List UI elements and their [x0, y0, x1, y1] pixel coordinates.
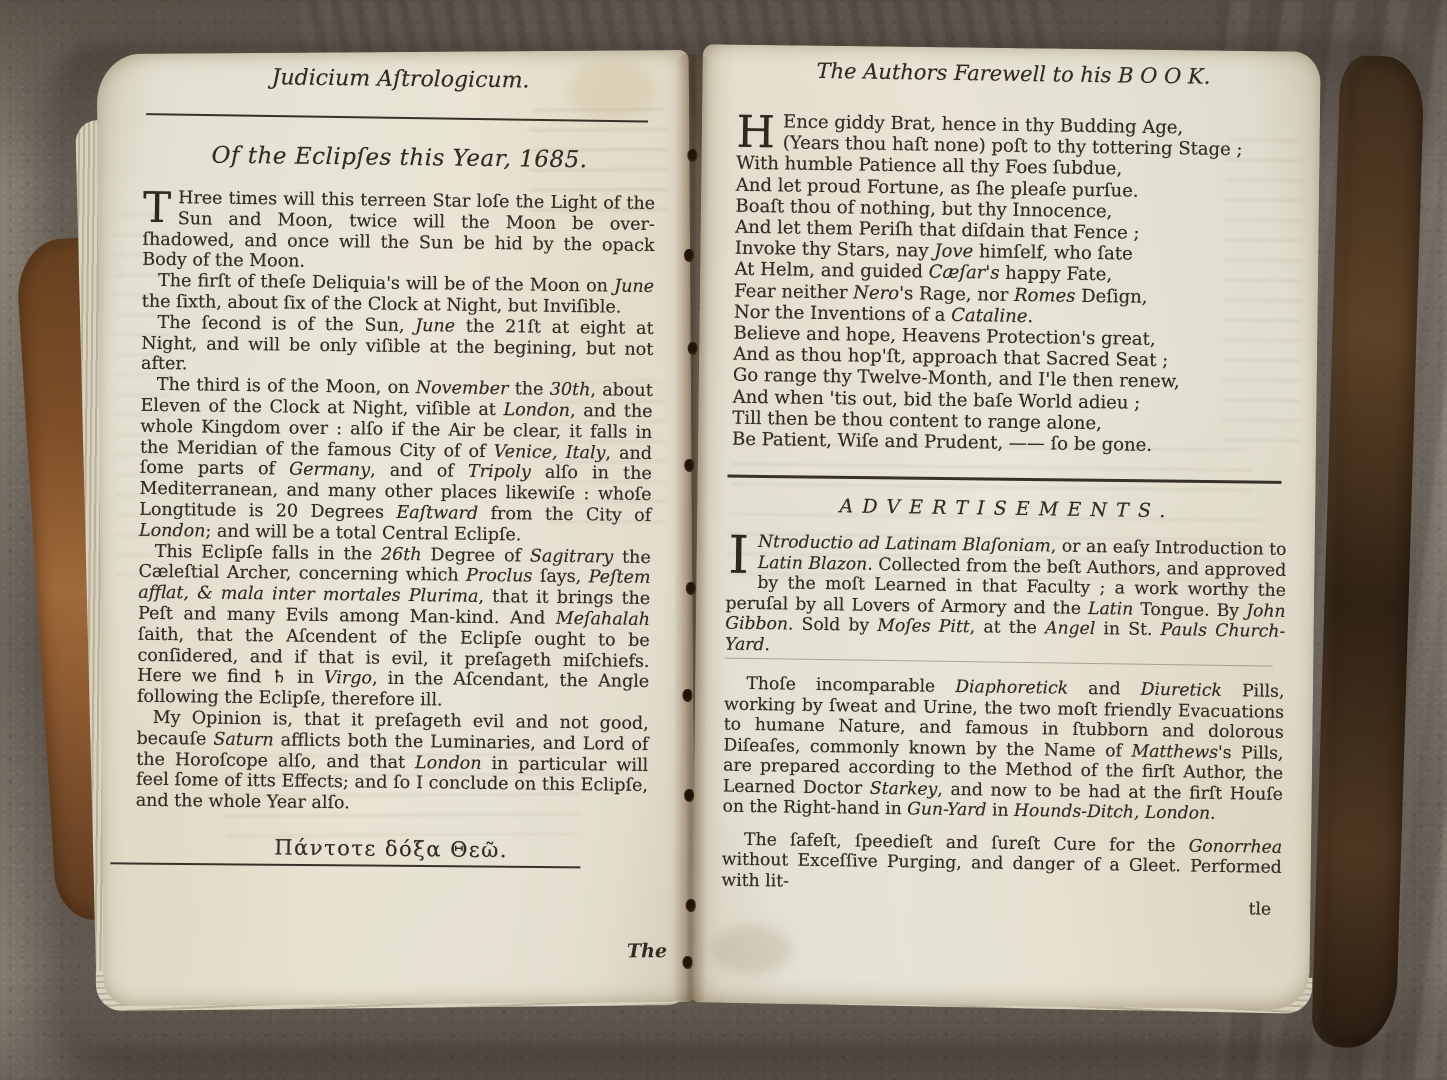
section-title: Of the Eclipſes this Year, 1685. — [143, 140, 655, 176]
paragraph: THree times will this terreen Star loſe … — [142, 188, 655, 277]
stitch-hole — [684, 459, 694, 472]
stitch-hole — [686, 899, 696, 912]
paragraph-text: Hree times will this terreen Star loſe t… — [142, 188, 655, 272]
paragraph: My Opinion is, that it preſageth evil an… — [136, 708, 649, 818]
stitch-hole — [684, 249, 694, 262]
right-page: The Authors Farewell to his B O O K. H E… — [691, 44, 1321, 1009]
farewell-poem: H Ence giddy Brat, hence in thy Budding … — [732, 111, 1293, 458]
left-page: The Judicium Aſtrologicum. Of the Eclipſ… — [97, 50, 696, 1006]
right-page-text: The Authors Farewell to his B O O K. H E… — [721, 57, 1294, 921]
stitch-hole — [686, 582, 696, 595]
dropcap: H — [736, 111, 783, 153]
paragraph: The ſecond is of the Sun, June the 21ſt … — [141, 313, 654, 382]
page-stain — [712, 924, 793, 975]
rule — [110, 862, 580, 868]
advertisement-paragraph: The ſafeſt, ſpeedieſt and ſureſt Cure fo… — [721, 829, 1282, 899]
paragraph: The firſt of theſe Deliquia's will be of… — [142, 271, 654, 319]
left-page-text: Judicium Aſtrologicum. Of the Eclipſes t… — [135, 64, 657, 863]
paragraph: The third is of the Moon, on November th… — [139, 375, 653, 548]
advertisements-title: ADVERTISEMENTS. — [727, 493, 1287, 525]
book-gutter — [672, 54, 709, 1002]
advertisement-paragraph: Thoſe incomparable Diaphoretick and Diur… — [722, 674, 1284, 826]
paragraph-text: Ntroductio ad Latinam Blaſoniam, or an e… — [725, 532, 1287, 655]
paragraph: This Eclipſe falls in the 26th Degree of… — [137, 541, 651, 714]
stitch-hole — [684, 789, 694, 802]
stitch-hole — [687, 149, 697, 162]
catchword: The — [627, 940, 667, 962]
stitch-hole — [682, 689, 692, 702]
stitch-hole — [682, 956, 692, 969]
greek-colophon: Πάντοτε δόξα Θεῶ. — [135, 836, 647, 863]
photo-of-open-antique-book: The Judicium Aſtrologicum. Of the Eclipſ… — [0, 0, 1447, 1080]
advertisement-paragraph: INtroductio ad Latinam Blaſoniam, or an … — [725, 532, 1287, 663]
rule — [727, 475, 1281, 484]
dropcap: I — [726, 532, 758, 578]
running-header: Judicium Aſtrologicum. — [144, 64, 656, 96]
running-header: The Authors Farewell to his B O O K. — [733, 57, 1293, 91]
rule — [146, 113, 648, 122]
stitch-hole — [688, 342, 698, 355]
dropcap: T — [143, 188, 178, 226]
